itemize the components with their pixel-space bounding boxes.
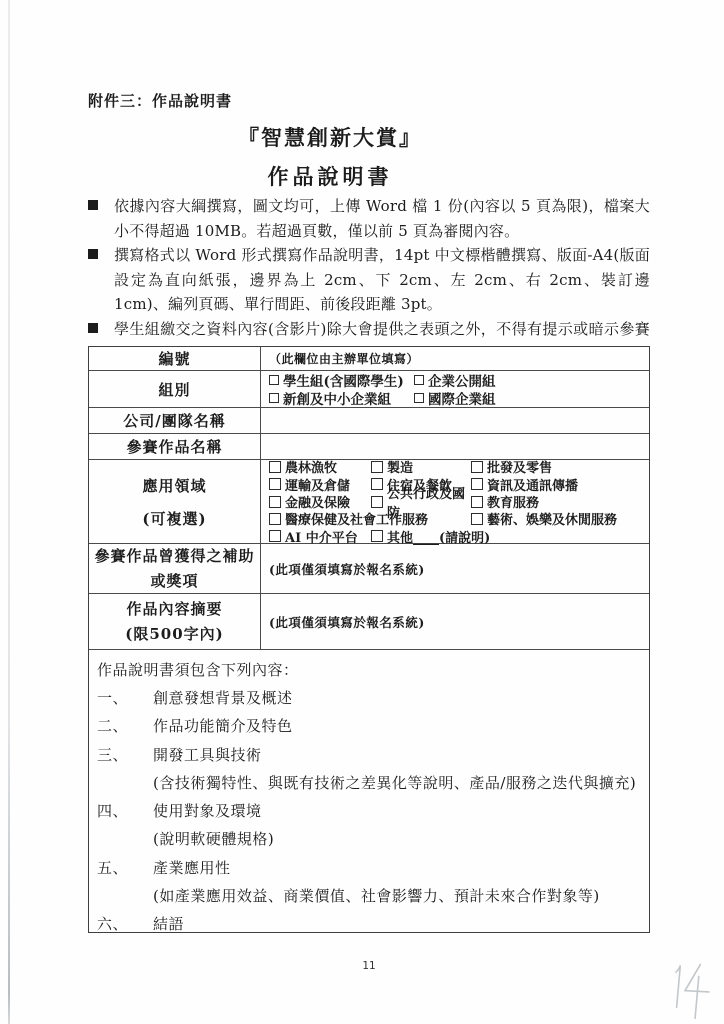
manufacturing-checkbox[interactable] <box>371 461 383 473</box>
outline-item-5: 五、 產業應用性 <box>97 853 649 881</box>
other-label: 其他____(請說明) <box>387 527 490 546</box>
bullet-square-icon <box>88 249 98 259</box>
work-name-label: 參賽作品名稱 <box>89 434 261 459</box>
content-outline: 作品說明書須包含下列內容： 一、 創意發想背景及概述 二、 作品功能簡介及特色 … <box>89 650 649 932</box>
company-name-label: 公司/團隊名稱 <box>89 408 261 433</box>
outline-item-3: 三、 開發工具與技術 <box>97 740 649 768</box>
transport-warehousing-label: 運輸及倉儲 <box>285 475 350 494</box>
info-communication-checkbox[interactable] <box>471 478 483 490</box>
abstract-value: (此項僅須填寫於報名系統) <box>269 613 641 631</box>
serial-value: （此欄位由主辦單位填寫） <box>269 350 641 367</box>
finance-insurance-label: 金融及保險 <box>285 492 350 511</box>
instruction-text-1: 依據內容大綱撰寫，圖文均可，上傳 Word 檔 1 份(內容以 5 頁為限)，檔… <box>114 197 650 240</box>
abstract-label: 作品內容摘要 (限500字內) <box>89 594 261 649</box>
wholesale-retail-checkbox[interactable] <box>471 461 483 473</box>
outline-item-1-title: 創意發想背景及概述 <box>153 687 293 708</box>
outline-item-4-note: (說明軟硬體規格) <box>97 825 649 853</box>
public-admin-defense-checkbox[interactable] <box>371 496 383 508</box>
outline-item-1-num: 一、 <box>97 687 153 708</box>
enterprise-open-group-label: 企業公開組 <box>428 370 496 390</box>
form-row-group: 組別 學生組(含國際學生) 企業公開組 新創及中小企業組 <box>89 370 649 407</box>
student-group-label: 學生組(含國際學生) <box>283 370 404 390</box>
group-options: 學生組(含國際學生) 企業公開組 新創及中小企業組 國際企業組 <box>261 371 649 407</box>
form-row-work-name: 參賽作品名稱 <box>89 433 649 459</box>
healthcare-social-work-checkbox[interactable] <box>269 513 281 525</box>
bullet-square-icon <box>88 200 98 210</box>
outline-item-4: 四、 使用對象及環境 <box>97 796 649 824</box>
scan-artifact-line <box>8 0 10 1024</box>
attachment-label: 附件三：作品說明書 <box>88 90 232 111</box>
content-outline-header: 作品說明書須包含下列內容： <box>97 655 649 683</box>
education-service-label: 教育服務 <box>487 492 539 511</box>
work-name-field[interactable] <box>261 434 649 459</box>
form-row-company: 公司/團隊名稱 <box>89 407 649 433</box>
education-service-checkbox[interactable] <box>471 496 483 508</box>
company-name-field[interactable] <box>261 408 649 433</box>
instruction-list: 依據內容大綱撰寫，圖文均可，上傳 Word 檔 1 份(內容以 5 頁為限)，檔… <box>88 194 650 366</box>
outline-item-2-num: 二、 <box>97 715 153 736</box>
outline-item-6: 六、 結語 <box>97 910 649 938</box>
abstract-label-line1: 作品內容摘要 <box>126 597 222 622</box>
agriculture-checkbox[interactable] <box>269 461 281 473</box>
outline-item-6-num: 六、 <box>97 913 153 934</box>
group-label: 組別 <box>89 371 261 407</box>
application-domain-label-text: 應用領域 <box>142 475 206 496</box>
outline-item-4-title: 使用對象及環境 <box>153 800 262 821</box>
form-row-serial: 編號 （此欄位由主辦單位填寫） <box>89 347 649 370</box>
ai-platform-checkbox[interactable] <box>269 530 281 542</box>
manufacturing-label: 製造 <box>387 457 413 476</box>
application-domain-label: 應用領域 (可複選) <box>89 460 261 543</box>
outline-item-5-num: 五、 <box>97 857 153 878</box>
startup-sme-group-label: 新創及中小企業組 <box>283 388 391 408</box>
finance-insurance-checkbox[interactable] <box>269 496 281 508</box>
wholesale-retail-label: 批發及零售 <box>487 457 552 476</box>
international-enterprise-group-checkbox[interactable] <box>414 393 424 403</box>
outline-item-5-note: (如產業應用效益、商業價值、社會影響力、預計未來合作對象等) <box>97 881 649 909</box>
instruction-text-2: 撰寫格式以 Word 形式撰寫作品說明書，14pt 中文標楷體撰寫、版面-A4(… <box>114 246 650 313</box>
outline-item-3-num: 三、 <box>97 744 153 765</box>
form-row-abstract: 作品內容摘要 (限500字內) (此項僅須填寫於報名系統) <box>89 593 649 649</box>
transport-warehousing-checkbox[interactable] <box>269 478 281 490</box>
startup-sme-group-checkbox[interactable] <box>269 393 279 403</box>
awards-label-line1: 參賽作品曾獲得之補助 <box>94 544 254 569</box>
document-title: 『智慧創新大賞』 <box>0 122 660 152</box>
form-row-application-domain: 應用領域 (可複選) 農林漁牧 製造 批發及零售 運輸及倉儲 住宿及餐飲 資訊及… <box>89 459 649 543</box>
instruction-item-1: 依據內容大綱撰寫，圖文均可，上傳 Word 檔 1 份(內容以 5 頁為限)，檔… <box>88 194 650 243</box>
agriculture-label: 農林漁牧 <box>285 457 337 476</box>
awards-label: 參賽作品曾獲得之補助 或獎項 <box>89 544 261 593</box>
awards-value: (此項僅須填寫於報名系統) <box>269 560 641 578</box>
outline-item-3-note: (含技術獨特性、與既有技術之差異化等說明、產品/服務之迭代與擴充) <box>97 768 649 796</box>
outline-item-5-title: 產業應用性 <box>153 857 231 878</box>
form-row-content-outline: 作品說明書須包含下列內容： 一、 創意發想背景及概述 二、 作品功能簡介及特色 … <box>89 649 649 932</box>
bullet-square-icon <box>88 323 98 333</box>
student-group-checkbox[interactable] <box>269 375 279 385</box>
outline-item-3-title: 開發工具與技術 <box>153 744 262 765</box>
instruction-item-2: 撰寫格式以 Word 形式撰寫作品說明書，14pt 中文標楷體撰寫、版面-A4(… <box>88 243 650 317</box>
application-domain-sublabel: (可複選) <box>142 508 206 529</box>
other-checkbox[interactable] <box>371 530 383 542</box>
arts-entertainment-label: 藝術、娛樂及休閒服務 <box>487 509 617 528</box>
outline-item-4-num: 四、 <box>97 800 153 821</box>
outline-item-2-title: 作品功能簡介及特色 <box>153 715 293 736</box>
arts-entertainment-checkbox[interactable] <box>471 513 483 525</box>
outline-item-2: 二、 作品功能簡介及特色 <box>97 712 649 740</box>
scanned-document-page: 附件三：作品說明書 『智慧創新大賞』 作品說明書 依據內容大綱撰寫，圖文均可，上… <box>0 0 724 1024</box>
abstract-label-line2: (限500字內) <box>125 622 224 647</box>
ai-platform-label: AI 中介平台 <box>285 527 358 546</box>
application-domain-options: 農林漁牧 製造 批發及零售 運輸及倉儲 住宿及餐飲 資訊及通訊傳播 金融及保險 … <box>261 460 649 543</box>
document-subtitle: 作品說明書 <box>0 161 660 191</box>
info-communication-label: 資訊及通訊傳播 <box>487 475 578 494</box>
entry-form-table: 編號 （此欄位由主辦單位填寫） 組別 學生組(含國際學生) 企業公開組 <box>88 346 650 933</box>
serial-label: 編號 <box>89 347 261 370</box>
form-row-awards: 參賽作品曾獲得之補助 或獎項 (此項僅須填寫於報名系統) <box>89 543 649 593</box>
page-number: 11 <box>88 960 650 972</box>
outline-item-1: 一、 創意發想背景及概述 <box>97 683 649 711</box>
international-enterprise-group-label: 國際企業組 <box>428 388 496 408</box>
healthcare-social-work-label: 醫療保健及社會工作服務 <box>285 509 428 528</box>
outline-item-6-title: 結語 <box>153 913 184 934</box>
handwritten-corner-mark <box>662 957 719 1024</box>
enterprise-open-group-checkbox[interactable] <box>414 375 424 385</box>
awards-label-line2: 或獎項 <box>150 569 198 594</box>
